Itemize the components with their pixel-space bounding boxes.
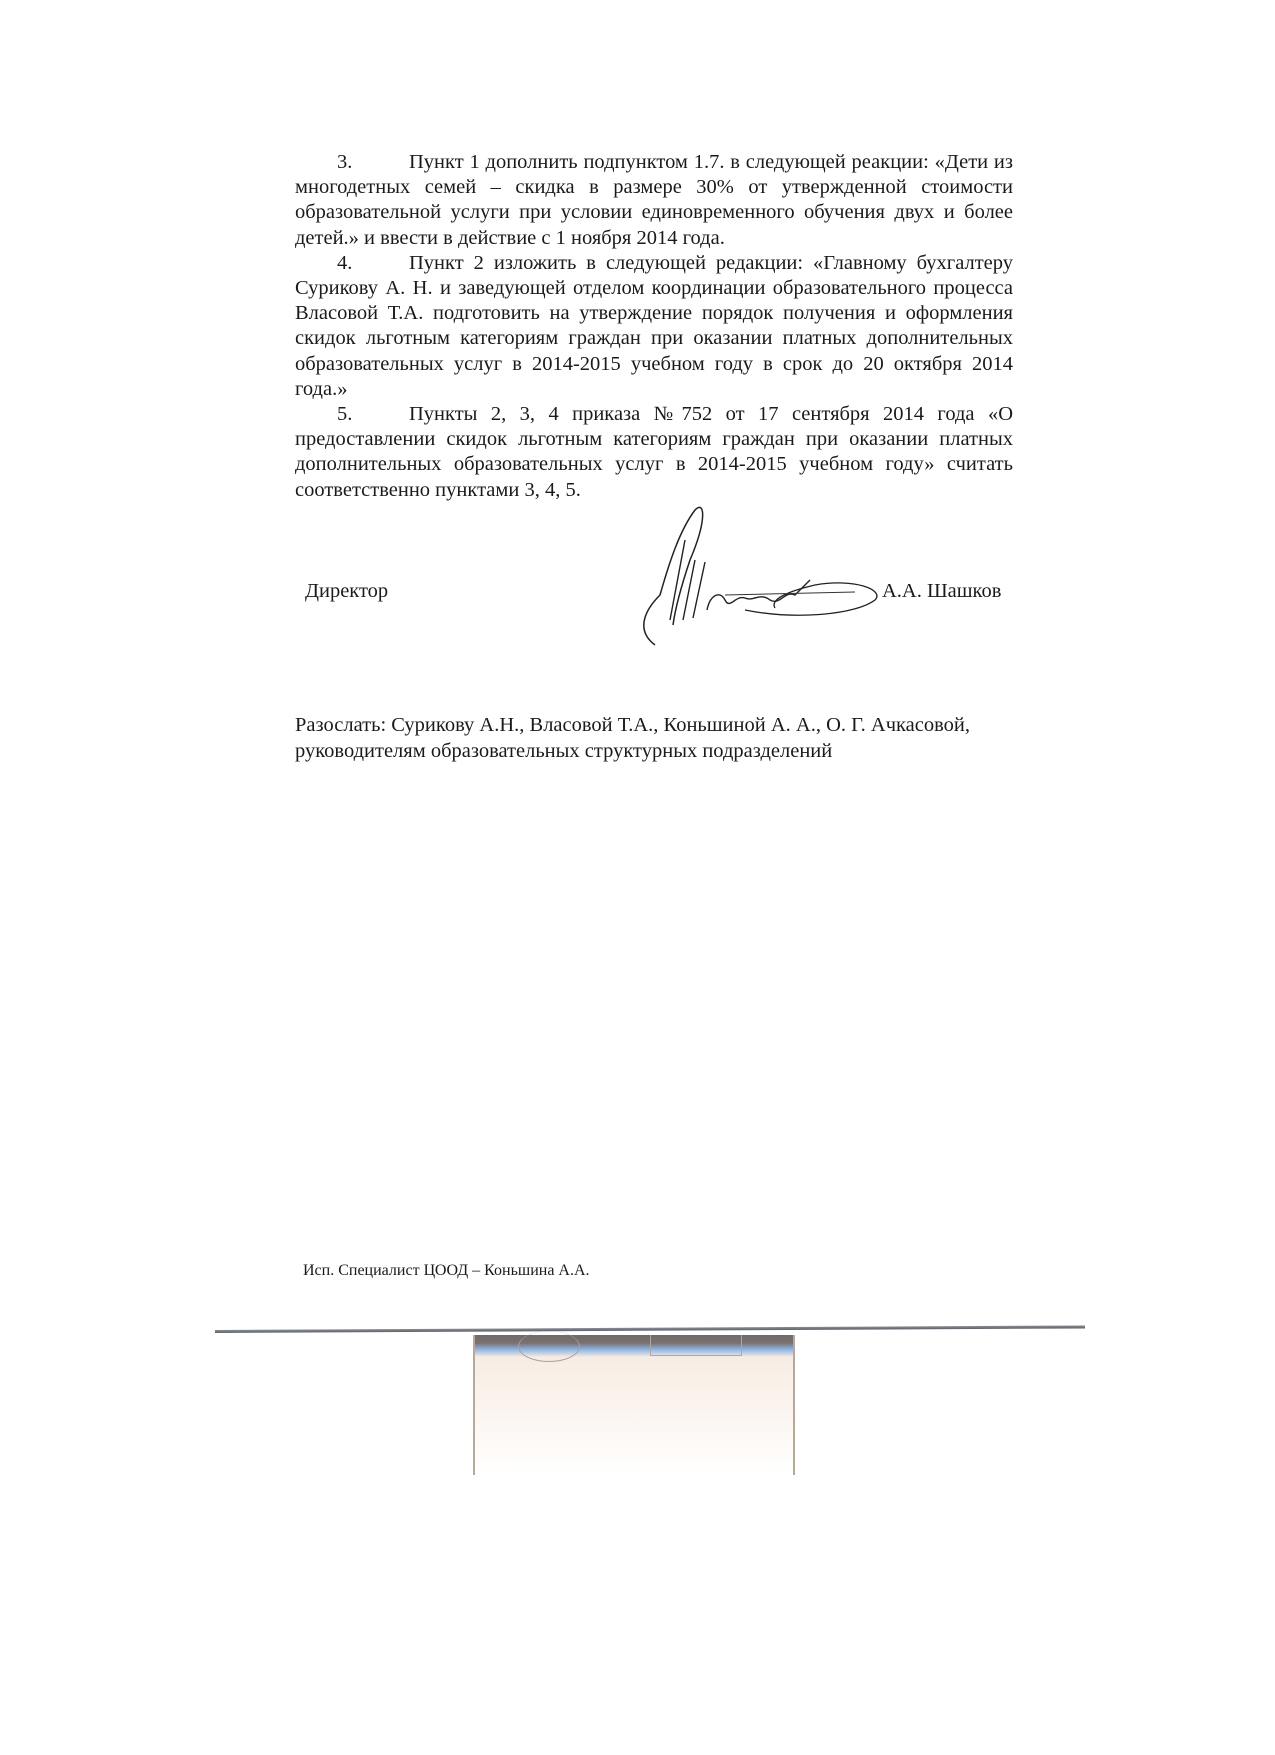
item-4: 4.Пункт 2 изложить в следующей редакции:… bbox=[295, 251, 1013, 402]
signature-block: Директор А.А. Шашков bbox=[305, 580, 1005, 610]
item-number: 4. bbox=[337, 251, 409, 276]
scanner-slot bbox=[473, 1335, 795, 1475]
signer-title: Директор bbox=[305, 580, 388, 603]
item-5: 5.Пункты 2, 3, 4 приказа №752 от 17 сент… bbox=[295, 402, 1013, 503]
slot-circle-mark bbox=[518, 1331, 580, 1362]
executor-line: Исп. Специалист ЦООД – Коньшина А.А. bbox=[303, 1262, 590, 1280]
slot-rect-mark bbox=[650, 1335, 742, 1356]
item-number: 3. bbox=[337, 150, 409, 175]
document-body: 3.Пункт 1 дополнить подпунктом 1.7. в сл… bbox=[295, 150, 1013, 503]
handwritten-signature bbox=[595, 500, 895, 650]
distribution-list: Разослать: Сурикову А.Н., Власовой Т.А.,… bbox=[295, 712, 1015, 764]
item-number: 5. bbox=[337, 402, 409, 427]
item-3: 3.Пункт 1 дополнить подпунктом 1.7. в сл… bbox=[295, 150, 1013, 251]
page-edge bbox=[215, 1325, 1085, 1333]
signer-name: А.А. Шашков bbox=[882, 580, 1001, 603]
